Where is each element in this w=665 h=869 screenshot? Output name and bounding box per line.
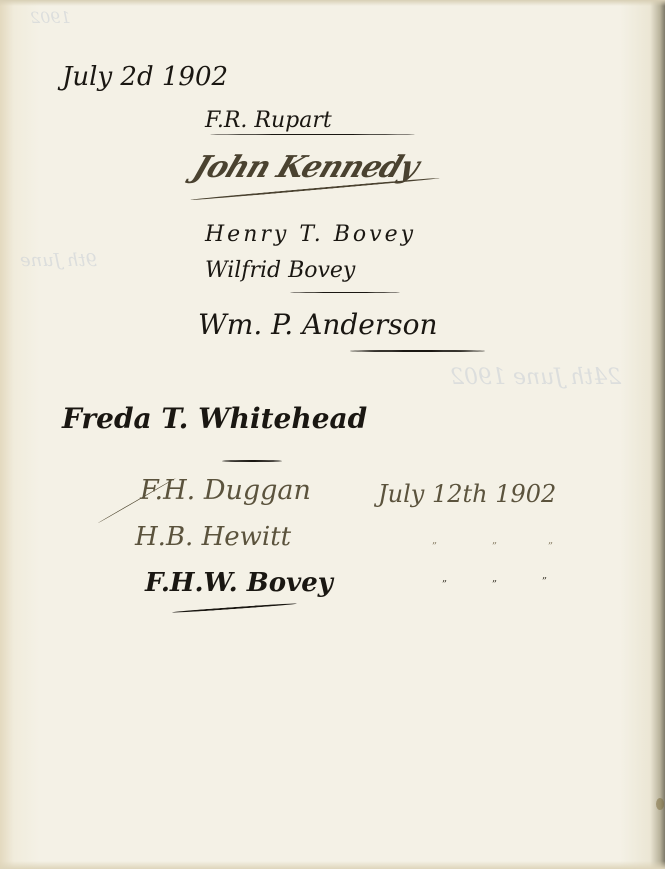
ditto-mark: „ [492, 573, 497, 584]
signature-underline [222, 460, 282, 462]
bleed-through-text: 24th June 1902 [450, 365, 621, 390]
signature: F.R. Rupart [205, 108, 332, 133]
entry-date: July 12th 1902 [378, 480, 556, 508]
signature: Freda T. Whitehead [62, 402, 367, 435]
signature: F.H. Duggan [140, 475, 311, 506]
signature-underline [290, 292, 400, 293]
signature: Wm. P. Anderson [198, 308, 438, 341]
signature-underline [350, 350, 485, 352]
signature: F.H.W. Bovey [145, 568, 333, 598]
ditto-mark: „ [442, 573, 447, 584]
signature: Wilfrid Bovey [205, 258, 355, 283]
signature: Henry T. Bovey [205, 222, 416, 247]
signature: John Kennedy [189, 150, 424, 185]
ditto-mark: „ [432, 535, 437, 546]
signature: H.B. Hewitt [135, 522, 291, 552]
bleed-through-text: 9th June [20, 250, 97, 271]
signature-underline [172, 603, 297, 614]
ditto-mark: „ [548, 535, 553, 546]
ditto-mark: „ [492, 535, 497, 546]
entry-date: July 2d 1902 [62, 62, 228, 92]
ditto-mark: „ [542, 570, 547, 581]
document-page: 1902 9th June 24th June 1902 July 2d 190… [0, 0, 665, 869]
bleed-through-text: 1902 [30, 8, 71, 27]
signature-underline [210, 134, 415, 135]
paper-stain [656, 798, 664, 810]
